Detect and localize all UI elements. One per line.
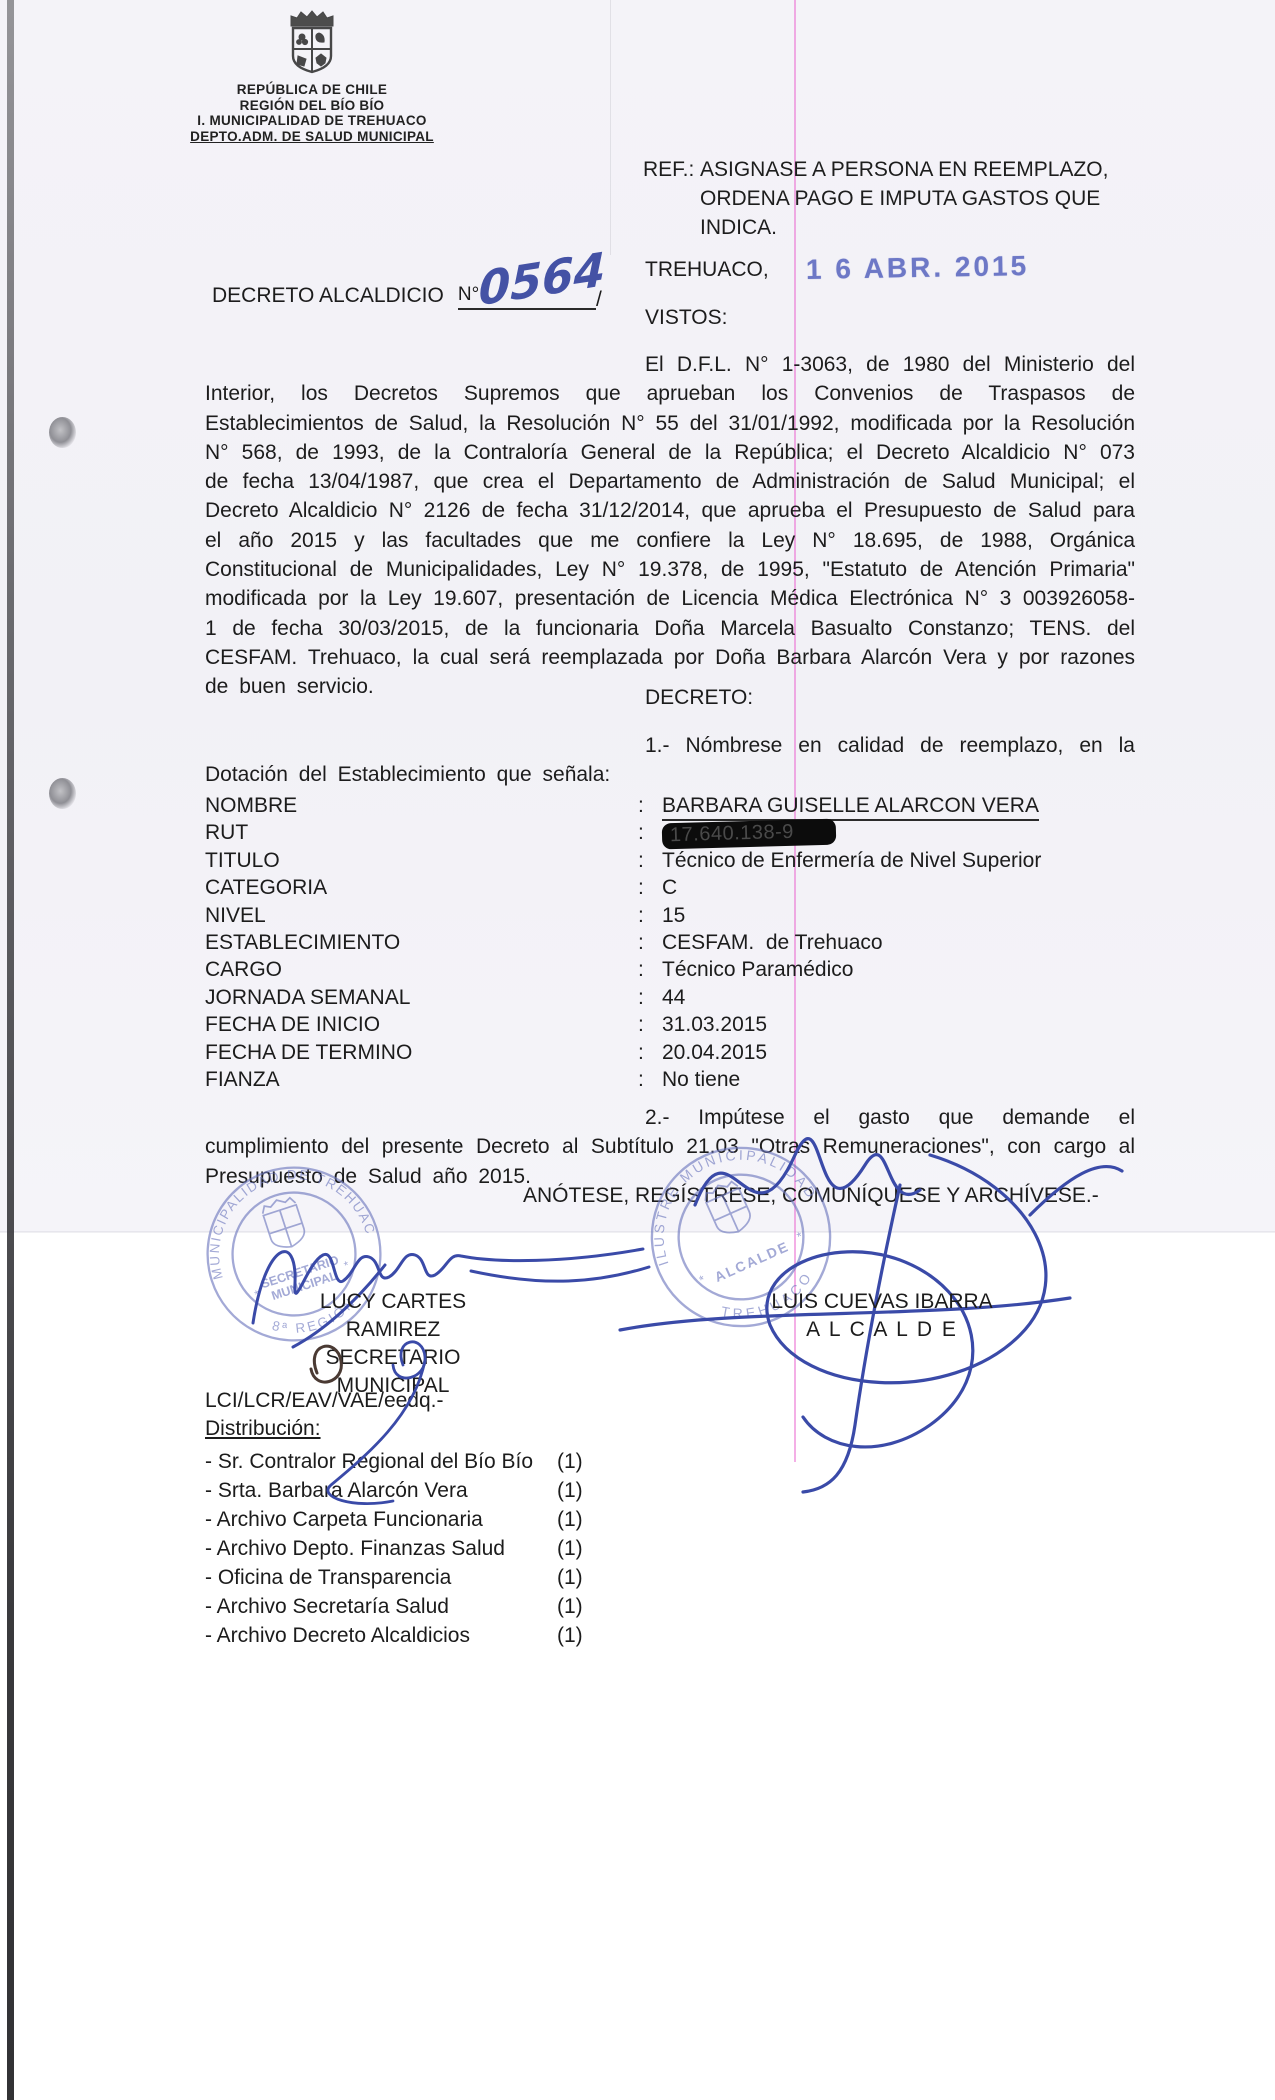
field-value: 20.04.2015 — [662, 1039, 767, 1066]
place-line: TREHUACO, — [645, 258, 769, 282]
field-value: BARBARA GUISELLE ALARCON VERA — [662, 792, 1039, 821]
hole-punch — [49, 417, 76, 448]
distribution-copies: (1) — [557, 1592, 583, 1621]
initials-scribble — [275, 1335, 615, 1535]
field-colon: : — [638, 819, 662, 846]
letterhead-line: I. MUNICIPALIDAD DE TREHUACO — [137, 113, 487, 129]
field-colon: : — [638, 984, 662, 1011]
field-row: CARGO:Técnico Paramédico — [205, 956, 1145, 983]
distribution-row: - Archivo Depto. Finanzas Salud(1) — [205, 1534, 645, 1563]
vistos-label: VISTOS: — [645, 306, 727, 330]
right-signatory: LUIS CUEVAS IBARRA A L C A L D E — [762, 1288, 1002, 1344]
decree-number-underline: N°0564/ — [458, 272, 596, 310]
decree-item-1: 1.- Nómbrese en calidad de reemplazo, en… — [205, 731, 1135, 790]
field-row: FECHA DE TERMINO:20.04.2015 — [205, 1039, 1145, 1066]
decree-number-line: DECRETO ALCALDICION°0564/ — [212, 272, 596, 310]
hole-punch — [49, 778, 76, 809]
letterhead-line: REPÚBLICA DE CHILE — [137, 82, 487, 98]
decree-label: DECRETO ALCALDICIO — [212, 284, 444, 307]
field-row: CATEGORIA:C — [205, 874, 1145, 901]
distribution-recipient: - Oficina de Transparencia — [205, 1566, 451, 1589]
field-row: ESTABLECIMIENTO:CESFAM. de Trehuaco — [205, 929, 1145, 956]
reference-block: REF.:ASIGNASE A PERSONA EN REEMPLAZO, OR… — [643, 155, 1108, 242]
field-label: ESTABLECIMIENTO — [205, 929, 638, 956]
field-label: FIANZA — [205, 1066, 638, 1093]
field-colon: : — [638, 874, 662, 901]
scanned-decree-page: REPÚBLICA DE CHILEREGIÓN DEL BÍO BÍOI. M… — [0, 0, 1275, 2100]
distribution-row: - Archivo Secretaría Salud(1) — [205, 1592, 645, 1621]
distribution-copies: (1) — [557, 1621, 583, 1650]
distribution-copies: (1) — [557, 1534, 583, 1563]
number-prefix: N° — [458, 284, 479, 306]
field-label: CATEGORIA — [205, 874, 638, 901]
reference-line: REF.:ASIGNASE A PERSONA EN REEMPLAZO, — [643, 155, 1108, 184]
field-value: Técnico Paramédico — [662, 956, 853, 983]
field-row: FECHA DE INICIO:31.03.2015 — [205, 1011, 1145, 1038]
municipal-crest-icon — [281, 8, 343, 80]
distribution-recipient: - Archivo Depto. Finanzas Salud — [205, 1537, 505, 1560]
scan-edge-shadow — [7, 0, 14, 2100]
letterhead-line: REGIÓN DEL BÍO BÍO — [137, 98, 487, 114]
appointment-fields: NOMBRE:BARBARA GUISELLE ALARCON VERARUT:… — [205, 792, 1145, 1093]
decree-slash: / — [596, 288, 602, 312]
field-label: NIVEL — [205, 902, 638, 929]
field-row: JORNADA SEMANAL:44 — [205, 984, 1145, 1011]
distribution-row: - Oficina de Transparencia(1) — [205, 1563, 645, 1592]
field-colon: : — [638, 792, 662, 819]
field-row: TITULO:Técnico de Enfermería de Nivel Su… — [205, 847, 1145, 874]
field-value: Técnico de Enfermería de Nivel Superior — [662, 847, 1041, 874]
field-colon: : — [638, 902, 662, 929]
reference-line: INDICA. — [643, 213, 1108, 242]
reference-text: ASIGNASE A PERSONA EN REEMPLAZO, — [700, 158, 1108, 181]
field-value: 44 — [662, 984, 685, 1011]
letterhead: REPÚBLICA DE CHILEREGIÓN DEL BÍO BÍOI. M… — [137, 82, 487, 144]
letterhead-line: DEPTO.ADM. DE SALUD MUNICIPAL — [137, 129, 487, 145]
reference-label: REF.: — [643, 155, 700, 184]
field-label: JORNADA SEMANAL — [205, 984, 638, 1011]
field-colon: : — [638, 1011, 662, 1038]
vistos-paragraph: El D.F.L. N° 1-3063, de 1980 del Ministe… — [205, 350, 1135, 702]
field-row: NIVEL:15 — [205, 902, 1145, 929]
field-label: RUT — [205, 819, 638, 846]
signatory-title: A L C A L D E — [762, 1316, 1002, 1344]
field-row: RUT:17.640.138-9 — [205, 819, 1145, 846]
fold-line — [610, 0, 611, 255]
field-colon: : — [638, 929, 662, 956]
date-stamp: 1 6 ABR. 2015 — [806, 250, 1030, 286]
field-row: NOMBRE:BARBARA GUISELLE ALARCON VERA — [205, 792, 1145, 819]
distribution-recipient: - Archivo Secretaría Salud — [205, 1595, 449, 1618]
signatory-name: LUIS CUEVAS IBARRA — [762, 1288, 1002, 1316]
field-label: FECHA DE INICIO — [205, 1011, 638, 1038]
field-value: No tiene — [662, 1066, 740, 1093]
field-value: C — [662, 874, 677, 901]
field-colon: : — [638, 956, 662, 983]
field-value: 31.03.2015 — [662, 1011, 767, 1038]
decreto-label: DECRETO: — [645, 686, 753, 710]
field-value: 15 — [662, 902, 685, 929]
distribution-recipient: - Archivo Decreto Alcaldicios — [205, 1624, 470, 1647]
field-colon: : — [638, 1066, 662, 1093]
field-label: NOMBRE — [205, 792, 638, 819]
distribution-copies: (1) — [557, 1563, 583, 1592]
field-colon: : — [638, 1039, 662, 1066]
field-colon: : — [638, 847, 662, 874]
field-label: CARGO — [205, 956, 638, 983]
field-value-redacted: 17.640.138-9 — [662, 819, 837, 850]
field-value: CESFAM. de Trehuaco — [662, 929, 883, 956]
field-label: FECHA DE TERMINO — [205, 1039, 638, 1066]
field-label: TITULO — [205, 847, 638, 874]
field-row: FIANZA:No tiene — [205, 1066, 1145, 1093]
distribution-row: - Archivo Decreto Alcaldicios(1) — [205, 1621, 645, 1650]
reference-line: ORDENA PAGO E IMPUTA GASTOS QUE — [643, 184, 1108, 213]
